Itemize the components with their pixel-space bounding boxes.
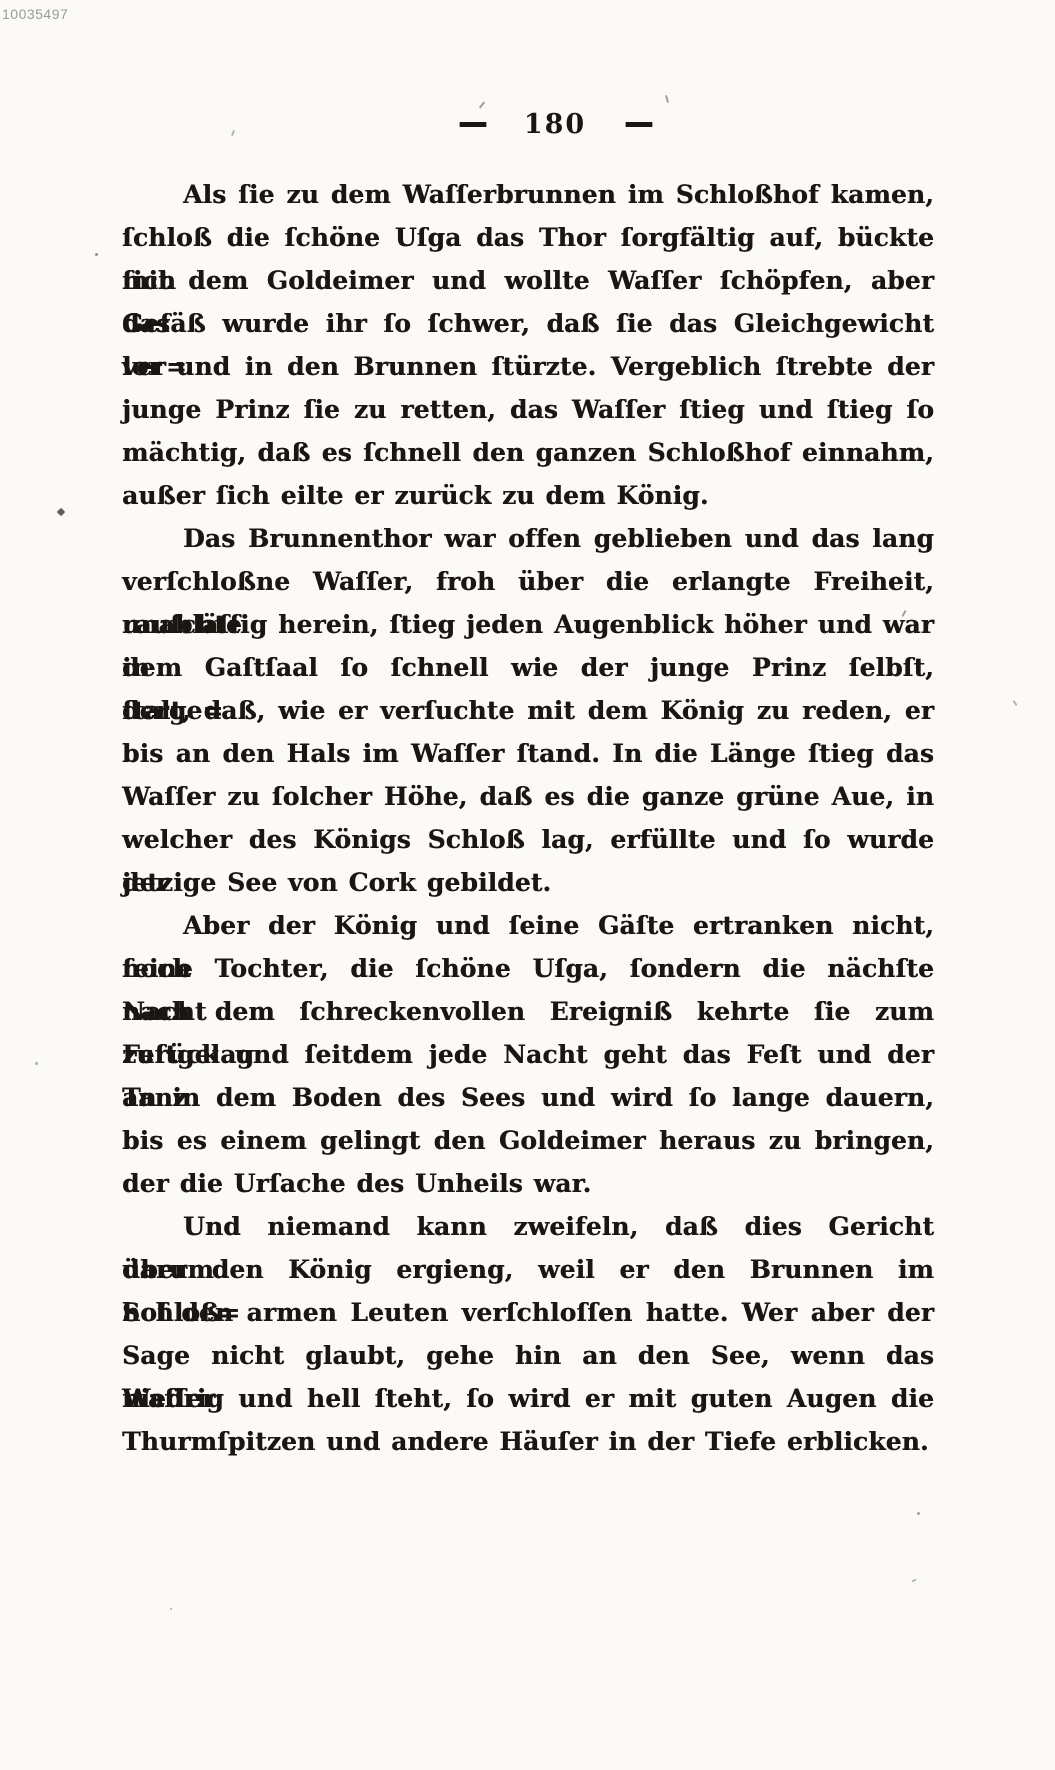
text-line: nach dem ſchreckenvollen Ereigniß kehrte… xyxy=(122,990,934,1033)
text-line: jetzige See von Cork gebildet. xyxy=(122,861,934,904)
text-line: Als ſie zu dem Waſſerbrunnen im Schloßho… xyxy=(122,173,934,216)
text-line: welcher des Königs Schloß lag, erfüllte … xyxy=(122,818,934,861)
text-line: junge Prinz ſie zu retten, das Waſſer ſt… xyxy=(122,388,934,431)
text-line: Aber der König und ſeine Gäſte ertranken… xyxy=(122,904,934,947)
text-line: Das Brunnenthor war offen geblieben und … xyxy=(122,517,934,560)
text-line: bis an den Hals im Waſſer ſtand. In die … xyxy=(122,732,934,775)
text-line: dem Gaſtſaal ſo ſchnell wie der junge Pr… xyxy=(122,646,934,689)
page-header: — 180 — xyxy=(458,108,652,138)
text-line: Sage nicht glaubt, gehe hin an den See, … xyxy=(122,1334,934,1377)
page-number: 180 xyxy=(524,109,586,138)
text-line: mächtig, daß es ſchnell den ganzen Schlo… xyxy=(122,431,934,474)
text-line: bis es einem gelingt den Goldeimer herau… xyxy=(122,1119,934,1162)
text-line: ſchloß die ſchöne Uſga das Thor ſorgfält… xyxy=(122,216,934,259)
text-line: mit dem Goldeimer und wollte Waſſer ſchö… xyxy=(122,259,934,302)
text-line: zurück und ſeitdem jede Nacht geht das F… xyxy=(122,1033,934,1076)
text-line: Thurmſpitzen und andere Häuſer in der Ti… xyxy=(122,1420,934,1463)
text-line: außer ſich eilte er zurück zu dem König. xyxy=(122,474,934,517)
text-line: niedrig und hell ſteht, ſo wird er mit g… xyxy=(122,1377,934,1420)
text-line: unabläſſig herein, ſtieg jeden Augenblic… xyxy=(122,603,934,646)
scanned-book-page: 10035497 — 180 — Als ſie zu dem Waſſerbr… xyxy=(0,0,1055,1770)
text-line: ſeine Tochter, die ſchöne Uſga, ſondern … xyxy=(122,947,934,990)
text-line: der die Urſache des Unheils war. xyxy=(122,1162,934,1205)
text-line: hof den armen Leuten verſchloſſen hatte.… xyxy=(122,1291,934,1334)
text-line: ſtalt, daß, wie er verſuchte mit dem Kön… xyxy=(122,689,934,732)
library-scan-number: 10035497 xyxy=(2,6,68,22)
text-line: über den König ergieng, weil er den Brun… xyxy=(122,1248,934,1291)
text-line: Gefäß wurde ihr ſo ſchwer, daß ſie das G… xyxy=(122,302,934,345)
text-line: verſchloßne Waſſer, froh über die erlang… xyxy=(122,560,934,603)
text-line: Und niemand kann zweifeln, daß dies Geri… xyxy=(122,1205,934,1248)
header-left-dash: — xyxy=(458,102,486,144)
header-right-dash: — xyxy=(624,102,652,144)
body-text: Als ſie zu dem Waſſerbrunnen im Schloßho… xyxy=(122,173,934,1463)
text-line: an in dem Boden des Sees und wird ſo lan… xyxy=(122,1076,934,1119)
text-line: lor und in den Brunnen ſtürzte. Vergebli… xyxy=(122,345,934,388)
text-line: Waſſer zu ſolcher Höhe, daß es die ganze… xyxy=(122,775,934,818)
